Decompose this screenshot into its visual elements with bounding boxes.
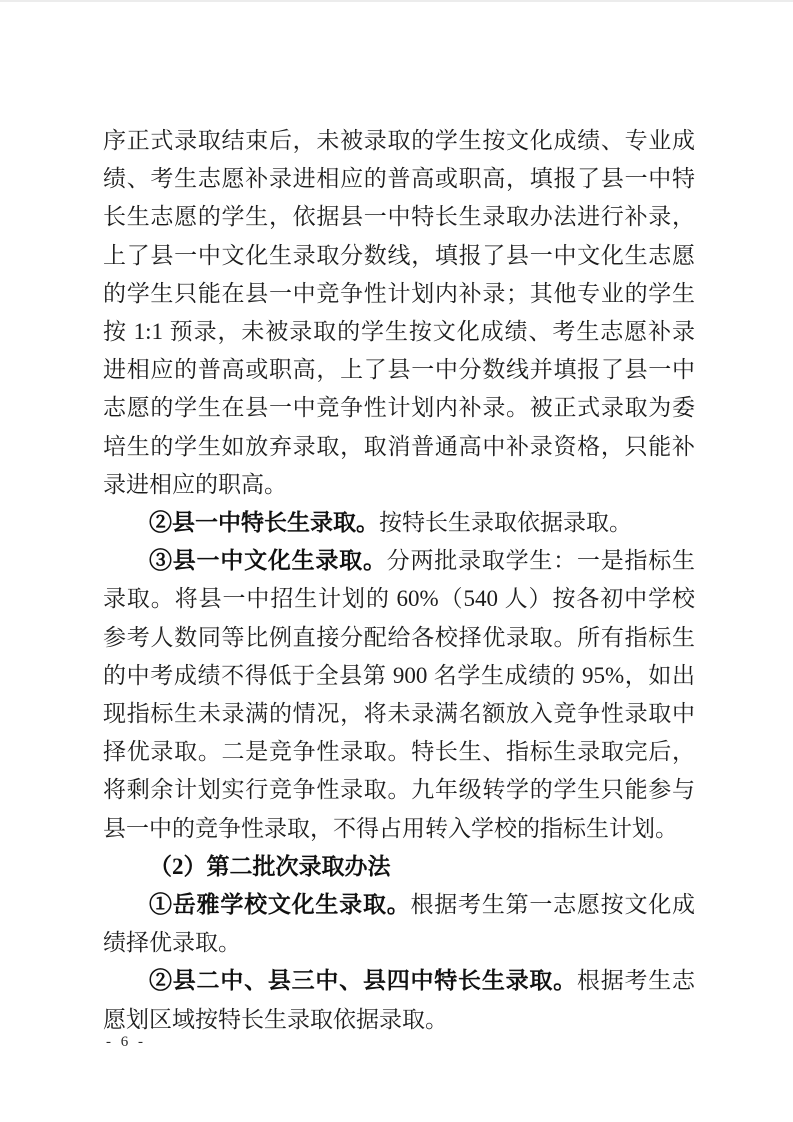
paragraph-lead-bold: ②县一中特长生录取。 [149, 510, 379, 535]
body-paragraph: 序正式录取结束后，未被录取的学生按文化成绩、专业成绩、考生志愿补录进相应的普高或… [103, 122, 695, 504]
scan-edge-artifact [0, 0, 793, 2]
body-paragraph: ②县一中特长生录取。按特长生录取依据录取。 [103, 504, 695, 542]
paragraph-text: 序正式录取结束后，未被录取的学生按文化成绩、专业成绩、考生志愿补录进相应的普高或… [103, 128, 695, 497]
page-number: - 6 - [106, 1034, 146, 1051]
document-page: 序正式录取结束后，未被录取的学生按文化成绩、专业成绩、考生志愿补录进相应的普高或… [0, 0, 793, 1122]
paragraph-text: 按特长生录取依据录取。 [379, 510, 632, 535]
section-heading: （2）第二批次录取办法 [103, 848, 695, 886]
document-body: 序正式录取结束后，未被录取的学生按文化成绩、专业成绩、考生志愿补录进相应的普高或… [103, 122, 695, 1039]
section-heading-text: （2）第二批次录取办法 [149, 854, 391, 879]
paragraph-text: 分两批录取学生：一是指标生录取。将县一中招生计划的 60%（540 人）按各初中… [103, 548, 695, 840]
paragraph-lead-bold: ②县二中、县三中、县四中特长生录取。 [149, 968, 577, 993]
body-paragraph: ①岳雅学校文化生录取。根据考生第一志愿按文化成绩择优录取。 [103, 886, 695, 962]
paragraph-lead-bold: ③县一中文化生录取。 [149, 548, 387, 573]
body-paragraph: ③县一中文化生录取。分两批录取学生：一是指标生录取。将县一中招生计划的 60%（… [103, 542, 695, 848]
body-paragraph: ②县二中、县三中、县四中特长生录取。根据考生志愿划区域按特长生录取依据录取。 [103, 962, 695, 1038]
paragraph-lead-bold: ①岳雅学校文化生录取。 [149, 892, 411, 917]
